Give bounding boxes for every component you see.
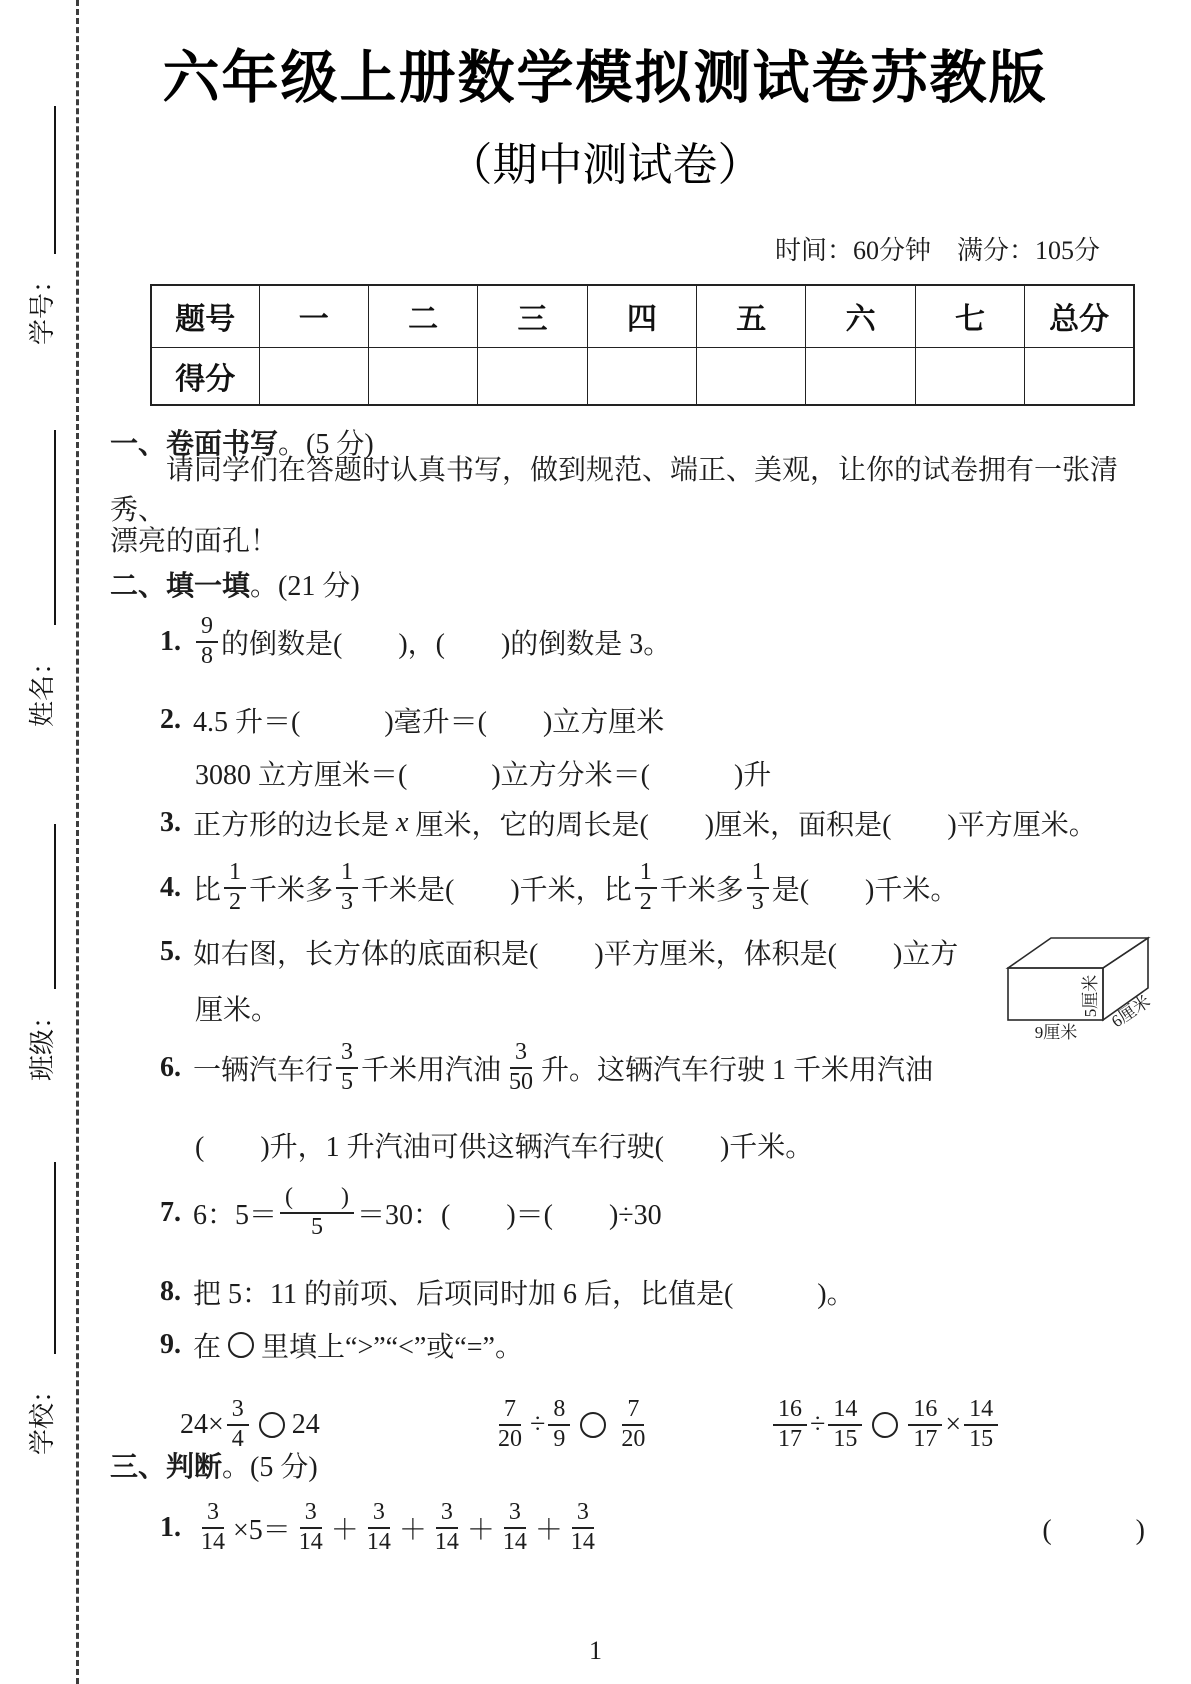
- score-table-empty-cell: [368, 347, 477, 405]
- class-label: 班级：: [24, 982, 56, 1102]
- question-2-8: 8.把 5：11 的前项、后项同时加 6 后，比值是( )。: [160, 1270, 855, 1314]
- score-table-cell: 得分: [151, 347, 259, 405]
- question-3-1: 1.314×5＝314＋314＋314＋314＋314: [160, 1488, 603, 1568]
- score-table-empty-cell: [915, 347, 1024, 405]
- question-2-1: 1.98的倒数是( )，( )的倒数是 3。: [160, 602, 671, 682]
- page-number: 1: [0, 1636, 1191, 1666]
- score-table-cell: 六: [806, 285, 915, 347]
- exam-page: 六年级上册数学模拟测试卷苏教版 （期中测试卷） 时间：60分钟 满分：105分 …: [110, 0, 1170, 1684]
- score-table-empty-cell: [587, 347, 696, 405]
- cuboid-bottom-edge-label: 9厘米: [1035, 1023, 1078, 1042]
- score-table-cell: 二: [368, 285, 477, 347]
- section-2-heading: 二、填一填。(21 分): [110, 562, 360, 606]
- score-table-score-row: 得分: [151, 347, 1134, 405]
- score-table-header-row: 题号 一 二 三 四 五 六 七 总分: [151, 285, 1134, 347]
- score-table-cell: 总分: [1025, 285, 1134, 347]
- question-2-5-line-2: 厘米。: [195, 986, 279, 1030]
- score-table-cell: 一: [259, 285, 368, 347]
- score-table-empty-cell: [478, 347, 587, 405]
- question-2-7: 7.6：5＝( )5＝30：( )＝( )÷30: [160, 1173, 662, 1253]
- score-table-cell: 四: [587, 285, 696, 347]
- question-2-9-expression-2: 720÷89720: [490, 1385, 653, 1465]
- school-label: 学校：: [24, 1356, 56, 1476]
- dashed-cut-line: [76, 0, 79, 1684]
- class-blank-line: [54, 824, 56, 989]
- name-blank-line: [54, 430, 56, 625]
- score-table-empty-cell: [1025, 347, 1134, 405]
- question-2-9-heading: 9.在里填上“>”“<”或“=”。: [160, 1323, 523, 1367]
- question-3-1-answer-blank: ( ): [1042, 1488, 1145, 1568]
- cuboid-figure: 9厘米 5厘米 6厘米: [996, 926, 1191, 1044]
- exam-time-score-info: 时间：60分钟 满分：105分: [110, 230, 1170, 267]
- student-number-blank-line: [54, 106, 56, 254]
- question-2-2-line-1: 2.4.5 升＝( )毫升＝( )立方厘米: [160, 698, 664, 742]
- cuboid-top-face: [1008, 938, 1148, 968]
- question-2-3: 3.正方形的边长是 x 厘米，它的周长是( )厘米，面积是( )平方厘米。: [160, 801, 1097, 845]
- exam-title: 六年级上册数学模拟测试卷苏教版: [110, 32, 1100, 114]
- question-2-6-line-2: ( )升，1 升汽油可供这辆汽车行驶( )千米。: [195, 1123, 813, 1167]
- cuboid-depth-edge-label: 6厘米: [1108, 992, 1154, 1032]
- school-blank-line: [54, 1162, 56, 1354]
- cuboid-height-edge-label: 5厘米: [1081, 975, 1100, 1018]
- score-table-empty-cell: [259, 347, 368, 405]
- score-table-empty-cell: [697, 347, 806, 405]
- score-table-cell: 题号: [151, 285, 259, 347]
- question-2-9-expression-3: 1617÷14151617×1415: [770, 1385, 1001, 1465]
- score-table: 题号 一 二 三 四 五 六 七 总分 得分: [150, 284, 1135, 406]
- question-2-6-line-1: 6.一辆汽车行35千米用汽油350升。这辆汽车行驶 1 千米用汽油: [160, 1028, 933, 1108]
- name-label: 姓名：: [24, 628, 56, 748]
- section-1-paragraph-line-1: 请同学们在答题时认真书写，做到规范、端正、美观，让你的试卷拥有一张清秀、: [110, 448, 1160, 528]
- score-table-empty-cell: [806, 347, 915, 405]
- student-number-label: 学号：: [24, 246, 56, 366]
- exam-subtitle: （期中测试卷）: [110, 128, 1100, 193]
- score-table-cell: 五: [697, 285, 806, 347]
- score-table-cell: 七: [915, 285, 1024, 347]
- question-2-5-line-1: 5.如右图，长方体的底面积是( )平方厘米，体积是( )立方: [160, 930, 958, 974]
- section-3-heading: 三、判断。(5 分): [110, 1443, 318, 1487]
- section-1-paragraph-line-2: 漂亮的面孔！: [110, 517, 278, 561]
- question-2-4: 4.比12千米多13千米是( )千米，比12千米多13是( )千米。: [160, 848, 958, 928]
- question-2-2-line-2: 3080 立方厘米＝( )立方分米＝( )升: [195, 751, 771, 795]
- score-table-cell: 三: [478, 285, 587, 347]
